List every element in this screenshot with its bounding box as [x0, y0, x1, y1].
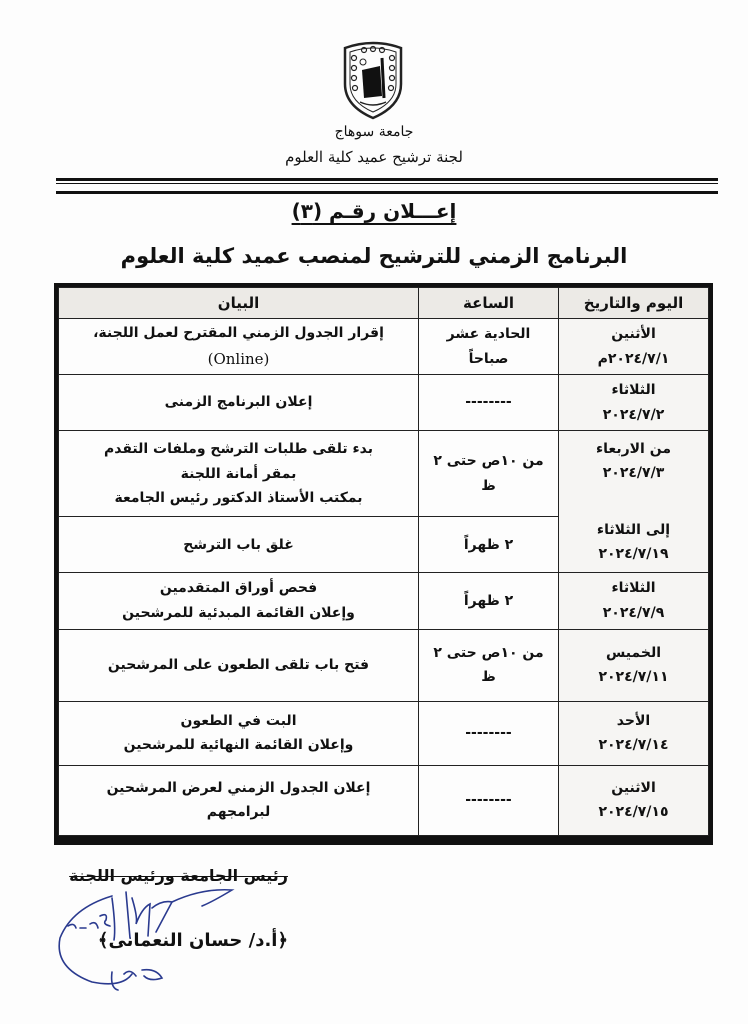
description-cell: إعلان البرنامج الزمنى	[59, 375, 419, 431]
day-label: الاثنين	[565, 776, 702, 801]
date-label: ٢٠٢٤/٧/١٥	[565, 800, 702, 825]
column-header-time: الساعة	[419, 288, 559, 319]
table-header-row: اليوم والتاريخ الساعة البيان	[59, 288, 709, 319]
time-cell: --------	[419, 765, 559, 835]
date-cell: الأثنين ٢٠٢٤/٧/١م	[559, 319, 709, 375]
table-row: الثلاثاء ٢٠٢٤/٧/٩ ٢ ظهراً فحص أوراق المت…	[59, 573, 709, 629]
day-label: إلى الثلاثاء	[565, 518, 702, 543]
date-cell: الثلاثاء ٢٠٢٤/٧/٢	[559, 375, 709, 431]
schedule-table: اليوم والتاريخ الساعة البيان الأثنين ٢٠٢…	[58, 287, 709, 836]
description-line: لبرامجهم	[65, 800, 412, 825]
schedule-subtitle: البرنامج الزمني للترشيح لمنصب عميد كلية …	[0, 244, 748, 268]
description-line: بدء تلقى طلبات الترشح وملفات التقدم	[65, 437, 412, 462]
date-label: ٢٠٢٤/٧/١٤	[565, 733, 702, 758]
schedule-table-frame: اليوم والتاريخ الساعة البيان الأثنين ٢٠٢…	[54, 283, 713, 845]
day-label: الخميس	[565, 641, 702, 666]
date-label: ٢٠٢٤/٧/٣	[565, 461, 702, 486]
day-label: الأثنين	[565, 322, 702, 347]
description-cell: البت في الطعون وإعلان القائمة النهائية ل…	[59, 701, 419, 765]
table-row: الاثنين ٢٠٢٤/٧/١٥ -------- إعلان الجدول …	[59, 765, 709, 835]
description-cell: غلق باب الترشح	[59, 517, 419, 573]
description-line: غلق باب الترشح	[65, 533, 412, 558]
description-line: بمكتب الأستاذ الدكتور رئيس الجامعة	[65, 486, 412, 511]
table-row: الأثنين ٢٠٢٤/٧/١م الحادية عشر صباحاً إقر…	[59, 319, 709, 375]
table-row: من الاربعاء ٢٠٢٤/٧/٣ إلى الثلاثاء ٢٠٢٤/٧…	[59, 431, 709, 517]
description-cell: فحص أوراق المتقدمين وإعلان القائمة المبد…	[59, 573, 419, 629]
time-cell: من ١٠ص حتى ٢ ظ	[419, 431, 559, 517]
header-divider	[56, 178, 718, 194]
date-label: ٢٠٢٤/٧/٢	[565, 403, 702, 428]
university-emblem-icon	[340, 40, 406, 120]
column-header-description: البيان	[59, 288, 419, 319]
description-line: وإعلان القائمة المبدئية للمرشحين	[65, 601, 412, 626]
description-cell: بدء تلقى طلبات الترشح وملفات التقدم بمقر…	[59, 431, 419, 517]
table-row: الثلاثاء ٢٠٢٤/٧/٢ -------- إعلان البرنام…	[59, 375, 709, 431]
time-cell: الحادية عشر صباحاً	[419, 319, 559, 375]
time-cell: من ١٠ص حتى ٢ ظ	[419, 629, 559, 701]
date-cell: الاثنين ٢٠٢٤/٧/١٥	[559, 765, 709, 835]
date-label: ٢٠٢٤/٧/١١	[565, 665, 702, 690]
day-label: الثلاثاء	[565, 576, 702, 601]
committee-name: لجنة ترشيح عميد كلية العلوم	[0, 148, 748, 166]
description-line: فتح باب تلقى الطعون على المرشحين	[65, 653, 412, 678]
description-line: (Online)	[65, 346, 412, 372]
description-line: البت في الطعون	[65, 709, 412, 734]
date-cell: الأحد ٢٠٢٤/٧/١٤	[559, 701, 709, 765]
description-line: بمقر أمانة اللجنة	[65, 462, 412, 487]
day-label: الأحد	[565, 709, 702, 734]
day-label: من الاربعاء	[565, 437, 702, 462]
date-label: ٢٠٢٤/٧/٩	[565, 601, 702, 626]
announcement-title: إعـــلان رقـم (٣)	[0, 199, 748, 223]
date-label: ٢٠٢٤/٧/١٩	[565, 542, 702, 567]
date-label: ٢٠٢٤/٧/١م	[565, 347, 702, 372]
description-line: إقرار الجدول الزمني المقترح لعمل اللجنة،	[65, 321, 412, 346]
column-header-date: اليوم والتاريخ	[559, 288, 709, 319]
table-row: الخميس ٢٠٢٤/٧/١١ من ١٠ص حتى ٢ ظ فتح باب …	[59, 629, 709, 701]
time-cell: --------	[419, 701, 559, 765]
description-line: وإعلان القائمة النهائية للمرشحين	[65, 733, 412, 758]
description-cell: فتح باب تلقى الطعون على المرشحين	[59, 629, 419, 701]
time-cell: ٢ ظهراً	[419, 573, 559, 629]
time-cell: ٢ ظهراً	[419, 517, 559, 573]
description-cell: إعلان الجدول الزمني لعرض المرشحين لبرامج…	[59, 765, 419, 835]
university-name: جامعة سوهاج	[0, 124, 748, 140]
date-range-cell: من الاربعاء ٢٠٢٤/٧/٣ إلى الثلاثاء ٢٠٢٤/٧…	[559, 431, 709, 573]
date-cell: الثلاثاء ٢٠٢٤/٧/٩	[559, 573, 709, 629]
handwritten-signature-icon	[52, 878, 252, 998]
description-cell: إقرار الجدول الزمني المقترح لعمل اللجنة،…	[59, 319, 419, 375]
date-cell: الخميس ٢٠٢٤/٧/١١	[559, 629, 709, 701]
table-row: الأحد ٢٠٢٤/٧/١٤ -------- البت في الطعون …	[59, 701, 709, 765]
day-label: الثلاثاء	[565, 378, 702, 403]
time-cell: --------	[419, 375, 559, 431]
description-line: إعلان الجدول الزمني لعرض المرشحين	[65, 776, 412, 801]
description-line: إعلان البرنامج الزمنى	[65, 390, 412, 415]
description-line: فحص أوراق المتقدمين	[65, 576, 412, 601]
